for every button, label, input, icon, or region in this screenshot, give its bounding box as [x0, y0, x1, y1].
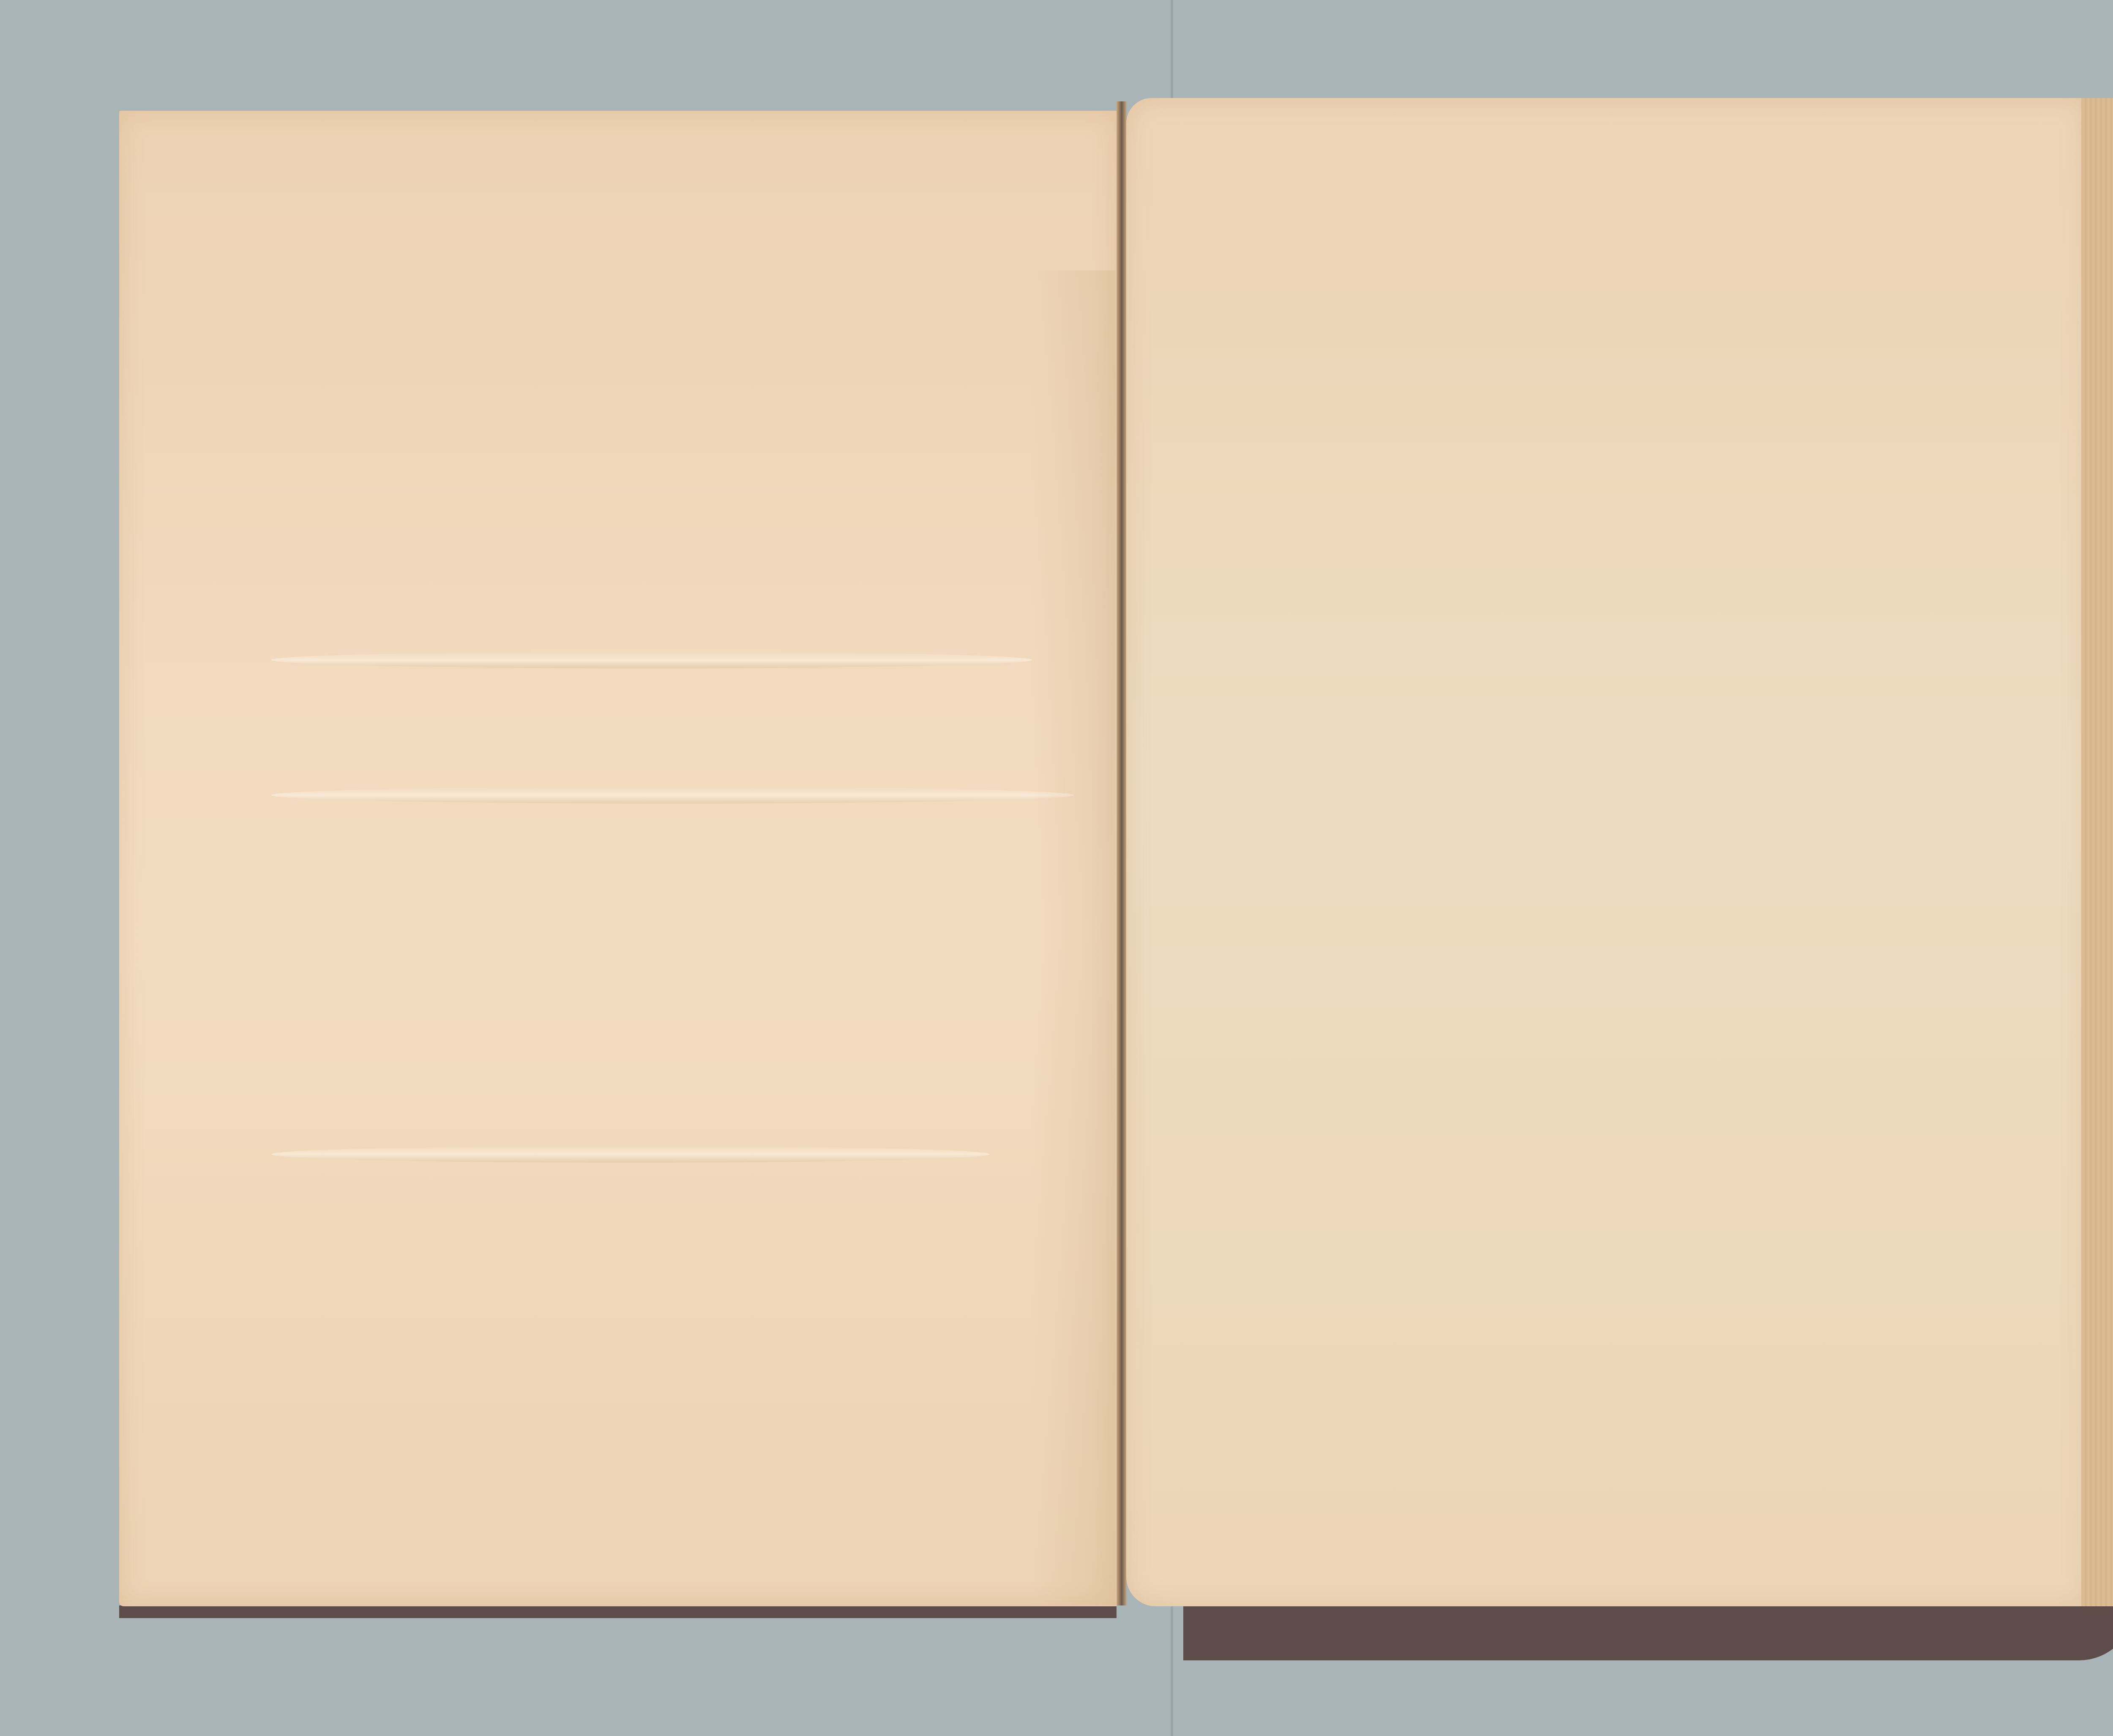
page-crease [271, 1146, 990, 1163]
right-page [1126, 98, 2086, 1606]
left-page-fold [1031, 270, 1116, 1605]
book-shadow-left [119, 1605, 1117, 1618]
page-fore-edge [2081, 98, 2113, 1606]
book-shadow-right [1183, 1605, 2113, 1660]
page-crease [271, 651, 1032, 668]
left-page [119, 111, 1117, 1606]
book-gutter [1117, 101, 1127, 1605]
page-crease [271, 787, 1074, 804]
